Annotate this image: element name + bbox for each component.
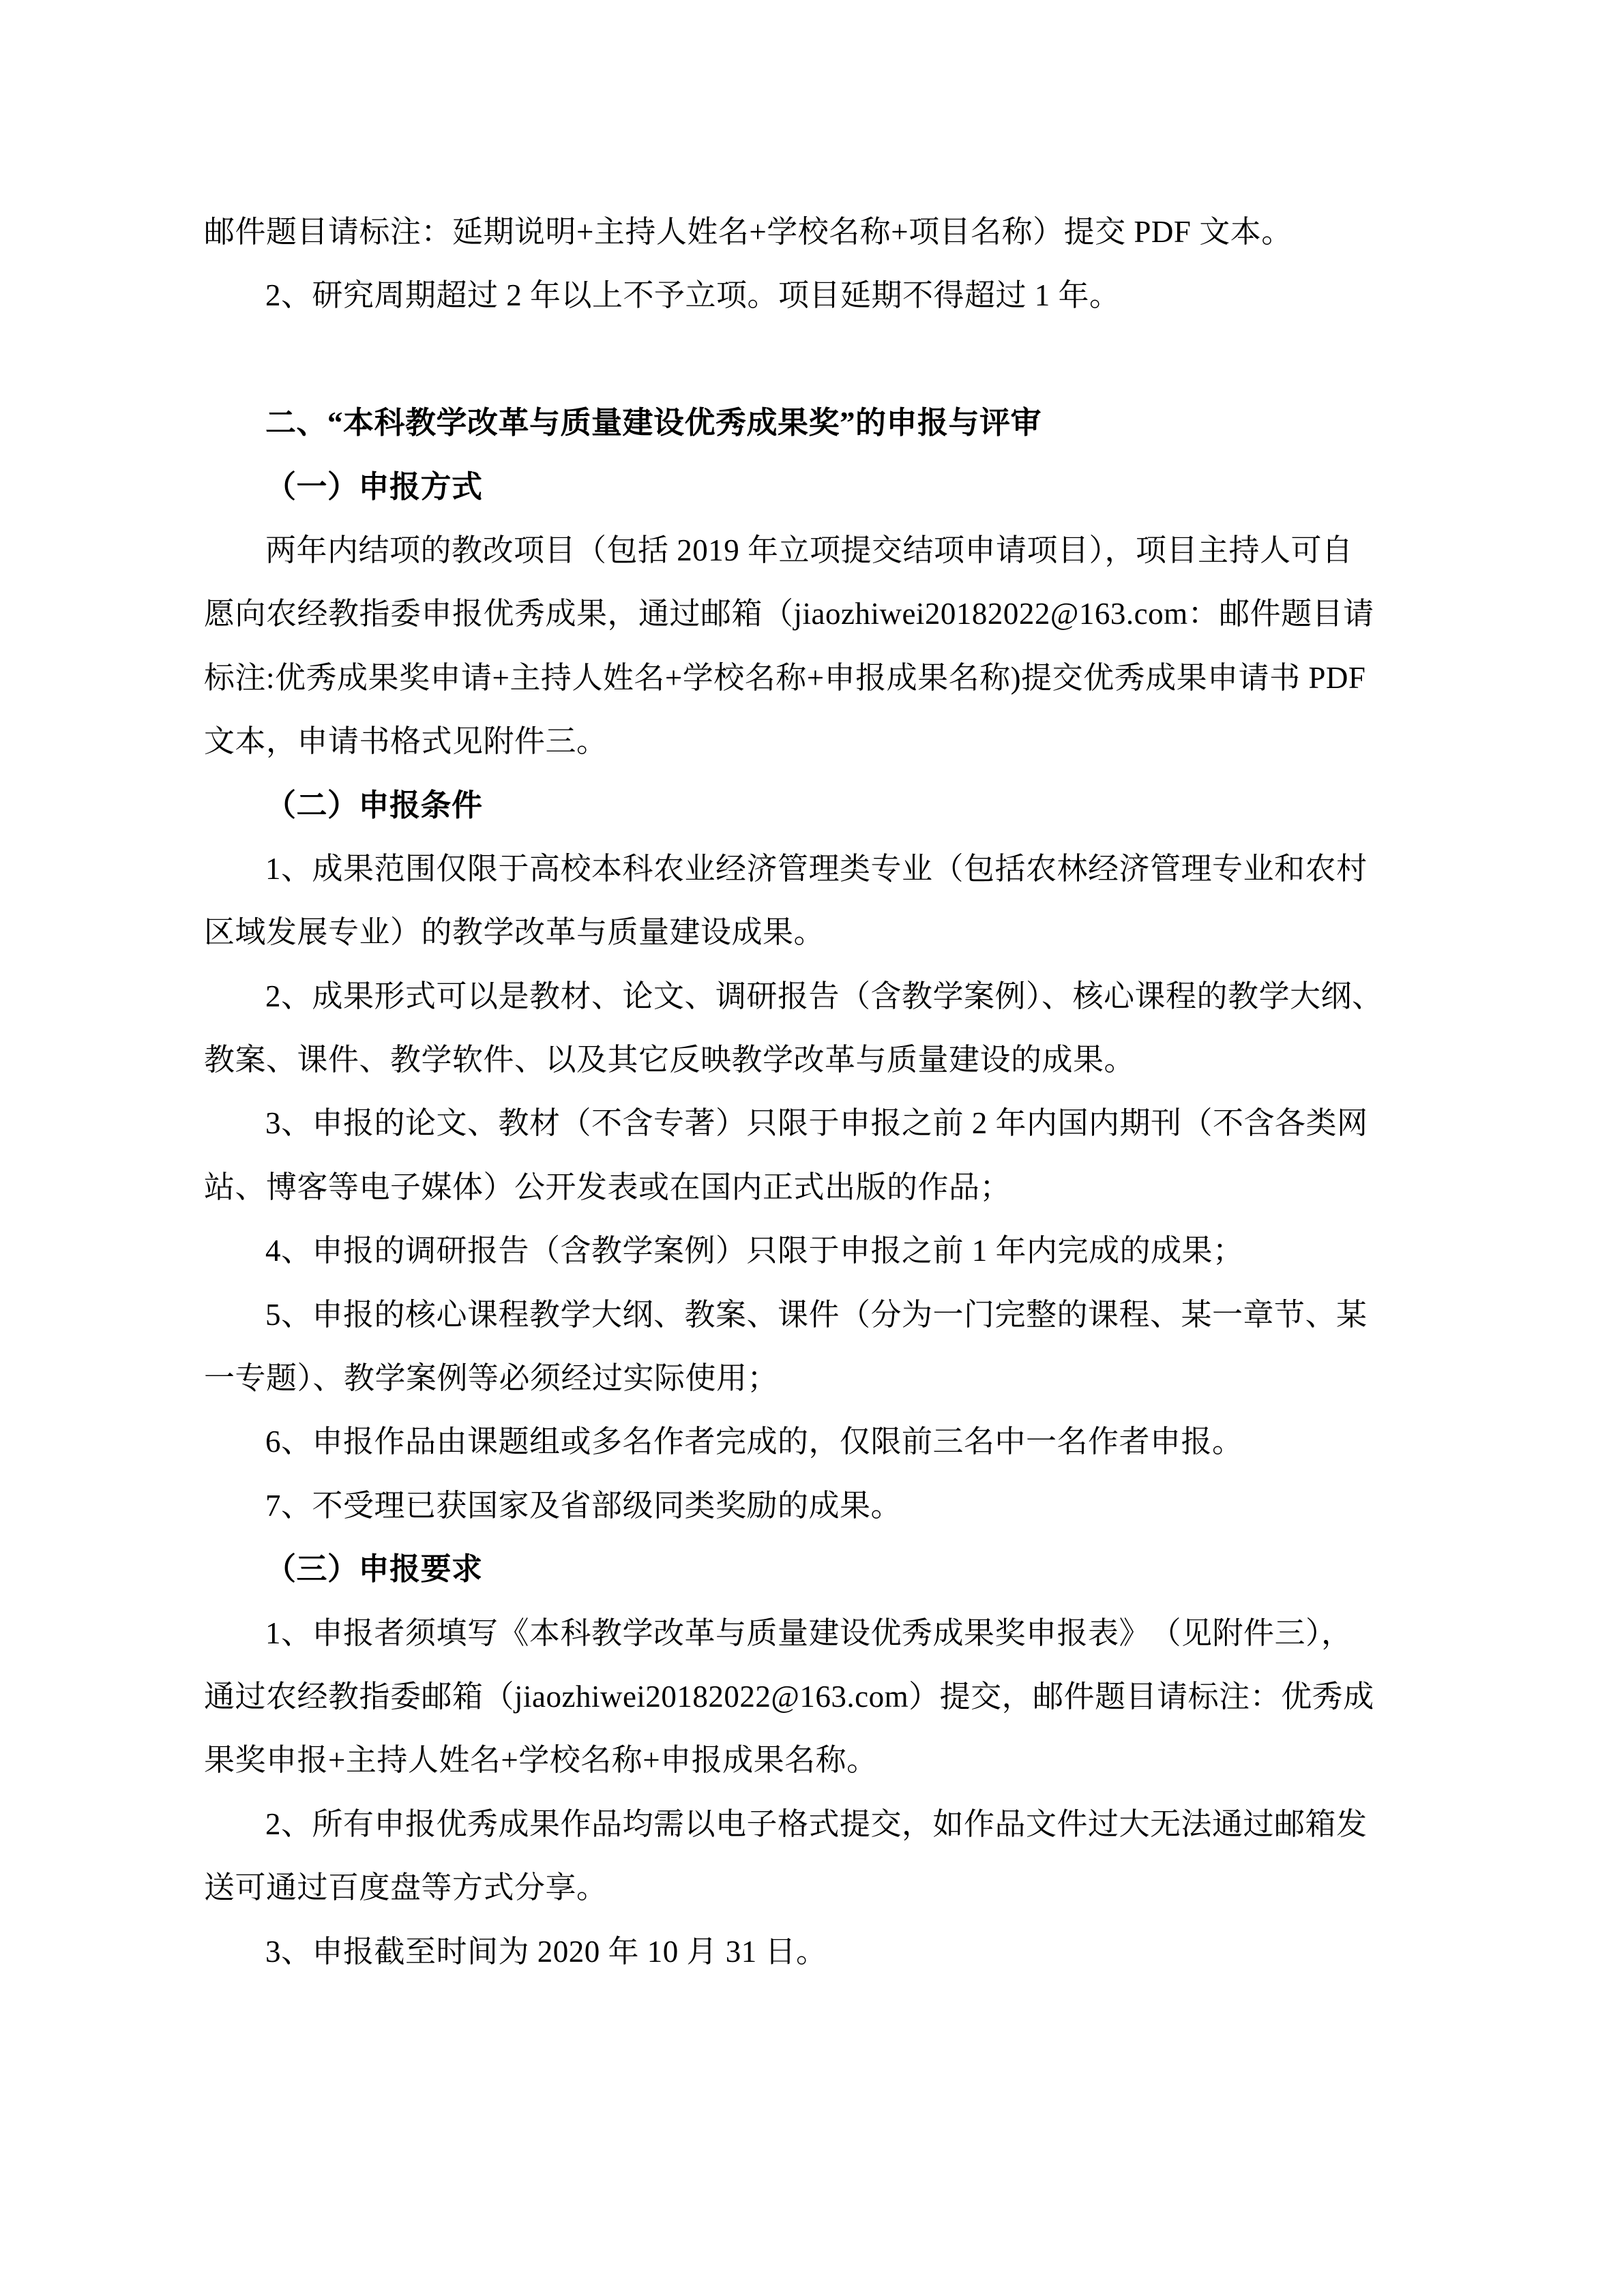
list-item-line: 2、所有申报优秀成果作品均需以电子格式提交，如作品文件过大无法通过邮箱发 <box>204 1793 1425 1856</box>
list-item-line: 6、申报作品由课题组或多名作者完成的，仅限前三名中一名作者申报。 <box>204 1410 1425 1474</box>
paragraph-line: 一专题）、教学案例等必须经过实际使用； <box>204 1347 1425 1410</box>
list-item-line: 2、成果形式可以是教材、论文、调研报告（含教学案例）、核心课程的教学大纲、 <box>204 965 1425 1028</box>
paragraph-line: 区域发展专业）的教学改革与质量建设成果。 <box>204 901 1425 964</box>
paragraph-line: 愿向农经教指委申报优秀成果，通过邮箱（jiaozhiwei20182022@16… <box>204 582 1425 646</box>
blank-line <box>204 328 1425 391</box>
paragraph-line: 邮件题目请标注：延期说明+主持人姓名+学校名称+项目名称）提交 PDF 文本。 <box>204 200 1425 264</box>
paragraph-line: 站、博客等电子媒体）公开发表或在国内正式出版的作品； <box>204 1156 1425 1219</box>
paragraph-line: 两年内结项的教改项目（包括 2019 年立项提交结项申请项目），项目主持人可自 <box>204 519 1425 582</box>
paragraph-line: 果奖申报+主持人姓名+学校名称+申报成果名称。 <box>204 1729 1425 1792</box>
list-item-line: 1、申报者须填写《本科教学改革与质量建设优秀成果奖申报表》 （见附件三）， <box>204 1602 1425 1665</box>
paragraph-line: 教案、课件、教学软件、以及其它反映教学改革与质量建设的成果。 <box>204 1028 1425 1092</box>
list-item-line: 1、成果范围仅限于高校本科农业经济管理类专业（包括农林经济管理专业和农村 <box>204 837 1425 901</box>
paragraph-line: 送可通过百度盘等方式分享。 <box>204 1856 1425 1920</box>
list-item-line: 3、申报截至时间为 2020 年 10 月 31 日。 <box>204 1920 1425 1984</box>
paragraph-line: 标注:优秀成果奖申请+主持人姓名+学校名称+申报成果名称)提交优秀成果申请书 P… <box>204 646 1425 710</box>
document-page: 邮件题目请标注：延期说明+主持人姓名+学校名称+项目名称）提交 PDF 文本。 … <box>0 0 1624 2296</box>
list-item-line: 3、申报的论文、教材（不含专著）只限于申报之前 2 年内国内期刊（不含各类网 <box>204 1092 1425 1155</box>
list-item-line: 2、研究周期超过 2 年以上不予立项。项目延期不得超过 1 年。 <box>204 264 1425 327</box>
section-heading: 二、“本科教学改革与质量建设优秀成果奖”的申报与评审 <box>204 391 1425 455</box>
list-item-line: 4、申报的调研报告（含教学案例）只限于申报之前 1 年内完成的成果； <box>204 1219 1425 1283</box>
subsection-heading: （三）申报要求 <box>204 1538 1425 1601</box>
subsection-heading: （一）申报方式 <box>204 456 1425 519</box>
paragraph-line: 通过农经教指委邮箱（jiaozhiwei20182022@163.com）提交，… <box>204 1665 1425 1729</box>
paragraph-line: 文本，申请书格式见附件三。 <box>204 710 1425 773</box>
list-item-line: 7、不受理已获国家及省部级同类奖励的成果。 <box>204 1474 1425 1538</box>
subsection-heading: （二）申报条件 <box>204 774 1425 837</box>
document-text-block: 邮件题目请标注：延期说明+主持人姓名+学校名称+项目名称）提交 PDF 文本。 … <box>204 200 1425 1984</box>
list-item-line: 5、申报的核心课程教学大纲、教案、课件（分为一门完整的课程、某一章节、某 <box>204 1283 1425 1347</box>
